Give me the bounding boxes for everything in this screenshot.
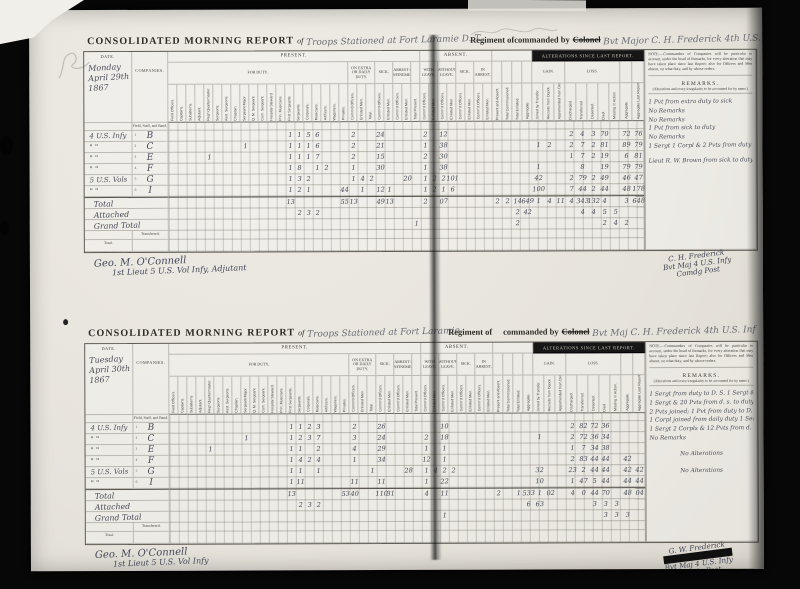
entry-value: 34 <box>590 444 599 452</box>
entry-value: 1 <box>244 434 249 442</box>
column-vertical-label: Enlisted Men. <box>358 376 367 414</box>
entry-value: 15 <box>376 152 385 160</box>
vlabel-text: Subalterns. <box>189 395 193 413</box>
vlabel-text: Reg'l Quartermaster. <box>207 380 211 413</box>
entry-value: 13 <box>349 198 358 206</box>
vlabel-text: Comm'd Officers. <box>458 92 462 120</box>
column-vertical-label: Enlisted Men. <box>402 84 411 122</box>
companies-label: COMPANIES. <box>132 52 167 73</box>
column-vertical-label: Subalterns. <box>187 377 196 415</box>
remarks-subnote: (Alterations and every irregularity to b… <box>648 87 752 94</box>
vlabel-text: Enlisted Men. <box>404 98 408 120</box>
punch-hole <box>0 221 9 235</box>
entry-value: 4 <box>613 219 618 227</box>
entry-value: 5 <box>592 477 597 485</box>
entry-value: 2 <box>625 219 630 227</box>
column-vertical-label: Missing in Action. <box>610 375 621 413</box>
entry-value: 31 <box>386 489 395 497</box>
entry-value: 2 <box>570 455 575 463</box>
date-line: 1867 <box>85 374 132 387</box>
form-title-text: CONSOLIDATED MORNING REPORT <box>87 35 294 47</box>
entry-value: 4 <box>424 489 429 497</box>
vlabel-text: Discharged. <box>569 392 573 411</box>
column-vertical-label: Total. <box>366 84 375 122</box>
vlabel-text: Aggregate. <box>525 102 529 120</box>
entry-value: 72 <box>579 433 588 441</box>
entry-value: 2 <box>306 175 311 183</box>
entry-value: 3 <box>307 434 312 442</box>
vlabel-text: Comm'd Officers. <box>350 93 354 121</box>
vlabel-text: Comm'd Officers. <box>440 92 444 120</box>
vlabel-text: Discharged. <box>568 100 572 119</box>
column-vertical-label: Deserted. <box>588 375 599 413</box>
companies-column-header: COMPANIES. <box>133 344 169 415</box>
remarks-subnote: (Alterations and every irregularity to b… <box>649 379 753 386</box>
entry-value: 2 <box>570 433 575 441</box>
column-vertical-label: Aggregate. <box>523 376 533 414</box>
column-vertical-label: Chaplain. <box>232 377 241 415</box>
subgroup-header: FOR DUTY. <box>168 62 348 85</box>
entry-value: 24 <box>377 433 386 441</box>
entry-value: 8 <box>580 163 585 171</box>
entry-value: 2 <box>515 208 520 216</box>
entry-value: 2 <box>307 423 312 431</box>
footer-total-cell: Total. <box>85 240 133 252</box>
entry-value: 3 <box>603 511 608 519</box>
vlabel-text: Transferred. <box>579 100 583 119</box>
remark-extra-line: No Alterations <box>650 450 754 460</box>
column-vertical-label: Q. M. Sergeant. <box>249 84 258 122</box>
column-vertical-label: Musicians. <box>312 84 321 122</box>
report-table: DATE.MondayApril 29th1867COMPANIES.PRESE… <box>83 49 758 253</box>
column-vertical-label: Reg'l Quartermaster. <box>205 377 214 415</box>
entry-value: 1 <box>387 186 392 194</box>
alterations-banner: ALTERATIONS SINCE LAST REPORT. <box>532 50 644 61</box>
entry-value: 132 <box>587 197 600 205</box>
entry-value: 1 <box>207 153 212 161</box>
entry-value: 5 <box>306 131 311 139</box>
entry-value: 4 <box>298 456 303 464</box>
entry-value: 47 <box>579 477 588 485</box>
entry-value: 1 <box>306 186 311 194</box>
vlabel-text: Enlisted Men. <box>359 98 363 120</box>
entry-value: 1 <box>536 197 541 205</box>
column-vertical-label: Aggregate Last Report. <box>633 375 645 413</box>
entry-value: 1 <box>424 466 429 474</box>
entry-value: 46 <box>622 174 631 182</box>
vlabel-text: Enlisted Men. <box>467 98 471 120</box>
column-vertical-label: Transferred. <box>576 83 587 121</box>
company-letter-handwritten: G <box>133 466 168 477</box>
entry-value: 1 <box>297 142 302 150</box>
entry-value: 11 <box>350 478 359 486</box>
subgroup-header: WITHOUT LEAVE. <box>439 354 457 376</box>
company-cell: 1B <box>132 131 168 142</box>
entry-value: 42 <box>534 174 543 182</box>
subgroup-header: SICK. <box>375 62 393 84</box>
entry-value: 4 <box>602 197 607 205</box>
entry-value: 23 <box>568 466 577 474</box>
entry-value: 2 <box>591 141 596 149</box>
gain-header: GAIN. <box>533 353 566 375</box>
column-vertical-label: Surgeons. <box>213 85 222 123</box>
entry-value: 11 <box>296 478 305 486</box>
entry-value: 2 <box>547 141 552 149</box>
entry-value: 1 <box>516 489 521 497</box>
column-vertical-label: Enlisted Men. <box>357 84 366 122</box>
column-vertical-label: Prin. Musicians. <box>276 84 285 122</box>
vlabel-text: Total. <box>369 403 373 412</box>
entry-value: 4 <box>570 489 575 497</box>
regiment-cell: " " <box>84 142 132 153</box>
entry-value: 1 <box>288 164 293 172</box>
entry-value: 2 <box>351 153 356 161</box>
column-vertical-label: Comm'd Officers. <box>348 84 357 122</box>
entry-value: 648 <box>632 197 645 205</box>
company-cell: 5G <box>134 467 170 478</box>
agg2-subcell <box>632 61 644 83</box>
entry-value: 13 <box>385 197 394 205</box>
vlabel-text: Sergeant Major. <box>243 387 247 412</box>
column-vertical-label: Died. <box>598 83 609 121</box>
entry-value: 79 <box>634 141 643 149</box>
entry-value: 1 <box>442 444 447 452</box>
entry-value: 1 <box>289 467 294 475</box>
vlabel-text: Died. <box>601 111 605 119</box>
entry-value: 7 <box>581 444 586 452</box>
vlabel-text: Died. <box>602 403 606 411</box>
vlabel-text: Corporals. <box>305 104 309 121</box>
vlabel-text: Musicians. <box>314 103 318 120</box>
vlabel-text: Hospital Steward. <box>269 92 273 120</box>
vlabel-text: Present and Absent. <box>495 87 499 119</box>
column-vertical-label: Died. <box>599 375 610 413</box>
entry-value: 6 <box>315 142 320 150</box>
book-fold-shadow <box>428 35 442 560</box>
column-vertical-label: Transferred. <box>577 375 588 413</box>
vlabel-text: Adjutant. <box>197 106 201 120</box>
present-group-header: PRESENT. <box>168 51 420 63</box>
footer-companies-cell <box>133 240 169 252</box>
subgroup-header: IN ARREST. <box>475 354 493 376</box>
entry-value: 649 <box>521 197 534 205</box>
vlabel-text: Total. <box>368 111 372 120</box>
field-staff-band-caption: Field, Staff, and Band. <box>132 123 167 128</box>
commanded-by-word: commanded by <box>503 326 559 336</box>
entry-value: 1 <box>570 444 575 452</box>
entry-value: 2 <box>569 174 574 182</box>
vlabel-text: Comm'd Officers. <box>378 384 382 412</box>
remarks-note: NOTE.—Commanders of Companies will be pa… <box>648 52 752 77</box>
entry-value: 1 <box>423 163 428 171</box>
entry-value: 1 <box>442 455 447 463</box>
entry-value: 7 <box>316 434 321 442</box>
entry-value: 1 <box>351 175 356 183</box>
summary-row-label: Grand Total <box>85 219 168 231</box>
summary-label-cell: Grand Total <box>85 220 169 231</box>
vlabel-text: Comm'd Officers. <box>422 92 426 120</box>
vlabel-text: Comm'd Officers. <box>441 384 445 412</box>
regiment-handwritten: " " <box>85 445 132 455</box>
form-morning-report-2: CONSOLIDATED MORNING REPORTofTroops Stat… <box>82 326 759 572</box>
entry-value: 2 <box>298 501 303 509</box>
column-vertical-label: Aggregate. <box>522 84 532 122</box>
company-letter-handwritten: C <box>132 141 167 152</box>
column-vertical-label: Enlisted Men. <box>466 376 475 414</box>
vlabel-text: Deserted. <box>591 396 595 412</box>
entry-value: 36 <box>601 422 610 430</box>
remark-extra-line: No Alterations <box>650 466 754 476</box>
entry-value: 2 <box>569 141 574 149</box>
entry-value: 7 <box>315 153 320 161</box>
scan-background: { "scan": { "background_color": "#070707… <box>0 0 800 589</box>
column-vertical-label: Present and Absent. <box>492 84 502 122</box>
form-title-text: CONSOLIDATED MORNING REPORT <box>88 327 295 339</box>
entry-value: 1 <box>424 477 429 485</box>
company-cell: 2C <box>132 142 168 153</box>
entry-value: 34 <box>377 455 386 463</box>
entry-value: 2 <box>351 142 356 150</box>
column-vertical-label: First Sergeants. <box>286 376 295 414</box>
regiment-cell: 5 U.S. Vols <box>86 467 134 478</box>
signature-left: Geo. M. O'Connell1st Lieut 5 U.S. Vol In… <box>94 256 247 276</box>
column-vertical-label: Musicians. <box>313 376 322 414</box>
date-handwritten: TuesdayApril 30th1867 <box>85 355 132 385</box>
column-vertical-label: Comm'd Officers. <box>349 376 358 414</box>
aggregate-subcell <box>503 354 513 376</box>
entry-value: 02 <box>546 489 555 497</box>
vlabel-text: Apprehended from Desertion. <box>557 83 561 119</box>
vlabel-text: Total Commissioned. <box>506 378 510 411</box>
column-vertical-label: Hospital Steward. <box>268 376 277 414</box>
entry-value: 79 <box>634 163 643 171</box>
column-vertical-label: Total. <box>367 376 376 414</box>
vlabel-text: Chaplain. <box>234 397 238 412</box>
entry-value: 2 <box>569 130 574 138</box>
entry-value: 29 <box>377 444 386 452</box>
column-vertical-label: Hospital Steward. <box>267 84 276 122</box>
date-column-header: DATE.TuesdayApril 30th1867 <box>85 344 133 415</box>
vlabel-text: Aggregate Last Report. <box>637 375 641 411</box>
column-vertical-label: Subalterns. <box>186 85 195 123</box>
entry-value: 2 <box>297 209 302 217</box>
footer-total-label: Total. <box>85 240 132 245</box>
column-vertical-label: Discharged. <box>566 375 577 413</box>
vlabel-text: Privates. <box>341 106 345 120</box>
entry-value: 2 <box>297 186 302 194</box>
column-vertical-label: Apprehended from Desertion. <box>555 375 566 413</box>
entry-value: 1 <box>570 477 575 485</box>
column-vertical-label: Asst. Surgeons. <box>223 377 232 415</box>
remarks-column: NOTE.—Commanders of Companies will be pa… <box>645 342 758 542</box>
regiment-handwritten: 5 U.S. Vols <box>86 467 133 477</box>
aggregate-group-header <box>492 51 532 62</box>
entry-value: 42 <box>635 466 644 474</box>
column-vertical-label: Adjutant. <box>195 85 204 123</box>
aggregate-subcell <box>513 354 523 376</box>
entry-value: 70 <box>601 489 610 497</box>
entry-value: 1 <box>289 478 294 486</box>
entry-value: 2 <box>298 434 303 442</box>
vlabel-text: Missing in Action. <box>612 91 616 119</box>
signature-right: C. H. FrederickBvt Maj 4 U.S. InfyComdg … <box>662 248 733 281</box>
vlabel-text: Total Present. <box>413 98 417 120</box>
entry-value: 1 <box>537 489 542 497</box>
footer-companies-cell: Transferred. <box>134 523 170 532</box>
vlabel-text: Apprehended from Desertion. <box>558 375 562 411</box>
subgroup-header <box>411 62 420 84</box>
entry-value: 3 <box>352 434 357 442</box>
vlabel-text: Asst. Surgeons. <box>225 387 229 412</box>
vlabel-text: Chaplain. <box>233 105 237 120</box>
punch-hole <box>0 136 13 155</box>
vlabel-text: Aggregate. <box>624 102 628 120</box>
column-vertical-label: Sergeant Major. <box>240 85 249 123</box>
column-vertical-label: Artificers. <box>321 84 330 122</box>
vlabel-text: Enlisted Men. <box>386 98 390 120</box>
regiment-handwritten: " " <box>86 478 133 488</box>
regiment-handwritten: " " <box>84 142 131 152</box>
remark-total-line: Lieut R. W. Brown from sick to duty <box>649 157 753 167</box>
entry-value: 6 <box>450 185 455 193</box>
entry-value: 1 <box>288 175 293 183</box>
entry-value: 1 <box>298 467 303 475</box>
remark-line: 1 Sergt 1 Corpl & 2 Pvts from duty to d.… <box>648 141 752 151</box>
vlabel-text: Prin. Musicians. <box>279 387 283 412</box>
entry-value: 2 <box>581 466 586 474</box>
row-body <box>170 530 646 544</box>
regiment-handwritten: 4 U.S. Infy <box>84 131 131 141</box>
companies-column-header: COMPANIES. <box>132 52 168 123</box>
regiment-handwritten: " " <box>84 153 131 163</box>
vlabel-text: Field Officers. <box>170 99 174 121</box>
loss-header: LOSS. <box>565 61 620 83</box>
column-vertical-label: Com. Sergeant. <box>258 84 267 122</box>
entry-value: 1 <box>316 467 321 475</box>
entry-value: 28 <box>404 466 413 474</box>
regiment-cell: 4 U.S. Infy <box>84 131 132 142</box>
regiment-handwritten: " " <box>85 434 132 444</box>
signature-right: G. W. FrederickBvt Lt Col 30 InfyBvt Maj… <box>663 540 735 572</box>
entry-value: 55 <box>340 198 349 206</box>
vlabel-text: Comm'd Officers. <box>395 92 399 120</box>
column-vertical-label: Joined by Transfer. <box>533 375 544 413</box>
company-letter-handwritten: I <box>132 185 167 196</box>
entry-value: 48 <box>623 489 632 497</box>
vlabel-text: Aggregate. <box>625 394 629 412</box>
vlabel-text: Enlisted Men. <box>387 390 391 412</box>
column-vertical-label: Discharged. <box>565 83 576 121</box>
column-vertical-label: First Sergeants. <box>285 84 294 122</box>
entry-value: 1 <box>289 456 294 464</box>
entry-value: 1 <box>298 445 303 453</box>
entry-value: 2 <box>315 209 320 217</box>
vlabel-text: Enlisted Men. <box>360 390 364 412</box>
entry-value: 2 <box>451 466 456 474</box>
column-vertical-label: Comm'd Officers. <box>456 84 465 122</box>
entry-value: 44 <box>601 455 610 463</box>
column-vertical-label: Field Officers. <box>168 85 177 123</box>
vlabel-text: Prin. Musicians. <box>278 95 282 120</box>
entry-value: 79 <box>578 174 587 182</box>
vlabel-text: Total Commissioned. <box>505 86 509 119</box>
company-cell: 3E <box>133 153 169 164</box>
vlabel-text: Subalterns. <box>188 103 192 121</box>
entry-value: 72 <box>590 422 599 430</box>
entry-value: 10 <box>535 477 544 485</box>
vlabel-text: Surgeons. <box>216 396 220 412</box>
remarks-column: NOTE.—Commanders of Companies will be pa… <box>644 50 757 250</box>
column-vertical-label: Deserted. <box>587 83 598 121</box>
column-vertical-label: Sergeants. <box>295 376 304 414</box>
company-cell: 1B <box>133 423 169 434</box>
vlabel-text: Aggregate Last Report. <box>636 83 640 119</box>
footer-total-cell: Total. <box>86 532 134 544</box>
column-vertical-label: Comm'd Officers. <box>474 84 483 122</box>
entry-value: 1 <box>289 434 294 442</box>
signature-left: Geo. M. O'Connell1st Lieut 5 U.S. Vol In… <box>95 548 209 567</box>
entry-value: 81 <box>634 152 643 160</box>
entry-value: 44 <box>340 186 349 194</box>
entry-value: 2 <box>496 489 501 497</box>
column-vertical-label: Reg'l Quartermaster. <box>204 85 213 123</box>
entry-value: 20 <box>403 174 412 182</box>
vlabel-text: Artificers. <box>323 105 327 120</box>
company-cell: 5G <box>133 175 169 186</box>
column-vertical-label: Apprehended from Desertion. <box>554 83 565 121</box>
entry-value: 3 <box>297 175 302 183</box>
subgroup-header: SICK. <box>376 354 394 376</box>
entry-value: 89 <box>622 141 631 149</box>
footer-total-label: Total. <box>86 532 133 537</box>
entry-value: 5 <box>613 208 618 216</box>
entry-value: 3 <box>306 209 311 217</box>
column-vertical-label: Comm'd Officers. <box>394 376 403 414</box>
entry-value: 2 <box>516 219 521 227</box>
company-letter-handwritten: G <box>132 174 167 185</box>
entry-value: 1 <box>414 219 419 227</box>
column-vertical-label: Q. M. Sergeant. <box>250 376 259 414</box>
company-cell: 4F <box>133 164 169 175</box>
date-line: 1867 <box>84 82 131 95</box>
vlabel-text: Missing in Action. <box>613 383 617 411</box>
entry-value: 3 <box>624 197 629 205</box>
signature-area: Geo. M. O'Connell1st Lieut 5 U.S. Vol In… <box>82 251 758 305</box>
subgroup-header: FOR DUTY. <box>169 354 349 377</box>
column-vertical-label: Comm'd Officers. <box>376 376 385 414</box>
entry-value: 2 <box>505 197 510 205</box>
column-vertical-label: Asst. Surgeons. <box>222 85 231 123</box>
company-cell: 3E <box>134 445 170 456</box>
entry-value: 2 <box>591 174 596 182</box>
entry-value: 04 <box>635 489 644 497</box>
entry-value: 2 <box>570 422 575 430</box>
vlabel-text: Total Enlisted. <box>515 97 519 119</box>
report-table: DATE.TuesdayApril 30th1867COMPANIES.PRES… <box>84 341 759 545</box>
entry-value: 1 <box>297 131 302 139</box>
entry-value: 6 <box>526 500 531 508</box>
entry-value: 1 <box>351 164 356 172</box>
entry-value: 1 <box>298 423 303 431</box>
field-staff-band-caption: Field, Staff, and Band. <box>133 415 168 420</box>
entry-value: 7 <box>569 185 574 193</box>
entry-value: 3 <box>316 423 321 431</box>
vlabel-text: Enlisted Men. <box>449 98 453 120</box>
vlabel-text: First Sergeants. <box>287 95 291 120</box>
company-cell: 4F <box>134 456 170 467</box>
entry-value: 1 <box>288 186 293 194</box>
entry-value: 4 <box>360 175 365 183</box>
